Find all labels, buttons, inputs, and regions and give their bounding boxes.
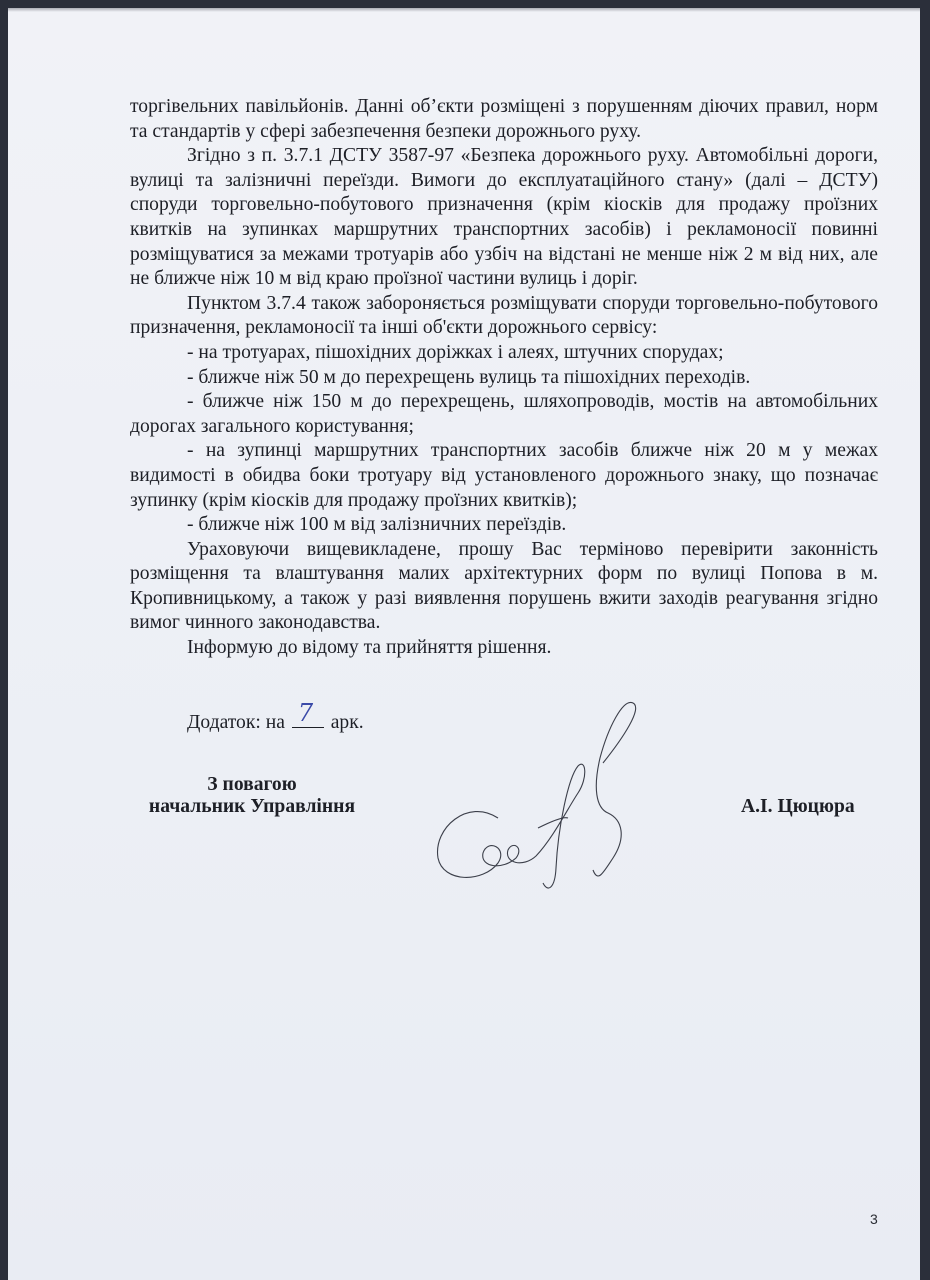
list-item-railway: - ближче ніж 100 м від залізничних переї… — [130, 513, 878, 538]
scan-edge-shadow — [8, 8, 920, 12]
list-item-50m: - ближче ніж 50 м до перехрещень вулиць … — [130, 366, 878, 391]
appendix-suffix: арк. — [331, 712, 364, 733]
paragraph-continuation: торгівельних павільйонів. Данні об’єкти … — [130, 95, 878, 144]
paragraph-dstu-3-7-4: Пунктом 3.7.4 також забороняється розміщ… — [130, 292, 878, 341]
closing-regards: З повагою — [121, 774, 383, 796]
appendix-count-handwritten: 7 — [298, 701, 313, 726]
closing-block: З повагою начальник Управління — [121, 774, 383, 818]
handwritten-signature-icon — [428, 698, 658, 898]
list-item-sidewalks: - на тротуарах, пішохідних доріжках і ал… — [130, 341, 878, 366]
paragraph-request: Ураховуючи вищевикладене, прошу Вас терм… — [130, 538, 878, 636]
paragraph-dstu-3-7-1: Згідно з п. 3.7.1 ДСТУ 3587-97 «Безпека … — [130, 144, 878, 292]
paragraph-inform: Інформую до відому та прийняття рішення. — [130, 636, 878, 661]
list-item-150m: - ближче ніж 150 м до перехрещень, шляхо… — [130, 390, 878, 439]
signer-title: начальник Управління — [121, 796, 383, 818]
list-item-bus-stop: - на зупинці маршрутних транспортних зас… — [130, 439, 878, 513]
appendix-prefix: Додаток: на — [187, 712, 285, 733]
letter-body: торгівельних павільйонів. Данні об’єкти … — [130, 95, 878, 661]
appendix-count-blank: 7 — [292, 709, 324, 728]
signer-name: А.І. Цюцюра — [741, 796, 855, 818]
page-number: 3 — [870, 1211, 878, 1227]
document-page: торгівельних павільйонів. Данні об’єкти … — [8, 8, 920, 1280]
appendix-line: Додаток: на 7 арк. — [187, 709, 364, 736]
